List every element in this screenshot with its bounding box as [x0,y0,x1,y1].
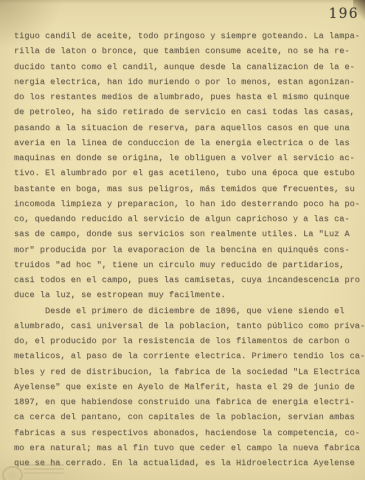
text-line: averia en la linea de conduccion de la e… [14,136,358,151]
text-line: alumbrado, casi universal de la poblacio… [14,319,358,334]
text-line: bastante en boga, mas sus peligros, más … [14,182,358,197]
top-edge-shadow [0,0,365,4]
text-line: truidos "ad hoc ", tiene un circulo muy … [14,258,358,273]
text-line: do, el producido por la resistencia de l… [14,334,358,349]
scanned-page: 196 tiguo candil de aceite, todo pringos… [0,0,365,480]
text-line: co, quedando reducido al servicio de alg… [14,212,358,227]
text-line: tivo. El alumbrado por el gas acetileno,… [14,166,358,181]
stamp-text-lines [24,464,64,466]
text-line: tiguo candil de aceite, todo pringoso y … [14,29,358,44]
text-line: Ayelense" que existe en Ayelo de Malferi… [14,380,358,395]
text-line: de petroleo, ha sido retirado de servici… [14,105,358,120]
watermark-stamp [1,464,71,480]
text-line: ca cerca del pantano, con capitales de l… [14,410,358,425]
text-line: pasando a la situacion de reserva, para … [14,121,358,136]
typewritten-text-block: tiguo candil de aceite, todo pringoso y … [14,29,358,471]
text-line: duce la luz, se estropean muy facilmente… [14,288,358,303]
text-line: casi todos en el campo, pues las camiset… [14,273,358,288]
text-line: sas de campo, donde sus servicios son re… [14,227,358,242]
page-number: 196 [329,6,359,22]
stamp-circle-icon [2,466,23,480]
text-line: do los restantes medios de alumbrado, pu… [14,90,358,105]
text-line: maquinas en donde se origina, le obligue… [14,151,358,166]
text-line: nergia electrica, han ido muriendo o por… [14,75,358,90]
text-line: incomoda limpieza y preparacion, lo han … [14,197,358,212]
text-line: Desde el primero de diciembre de 1896, q… [14,304,358,319]
text-line: bles y red de distribucion, la fabrica d… [14,365,358,380]
text-line: mo era natural; mas al fin tuvo que cede… [14,441,358,456]
text-line: ducido tanto como el candil, aunque desd… [14,60,358,75]
text-line: mor" producida por la evaporacion de la … [14,243,358,258]
text-line: metalicos, al paso de la corriente elect… [14,349,358,364]
text-line: rilla de laton o bronce, que tambien con… [14,44,358,59]
text-line: 1897, en que habiendose construido una f… [14,395,358,410]
text-line: fabricas a sus respectivos abonados, hac… [14,426,358,441]
